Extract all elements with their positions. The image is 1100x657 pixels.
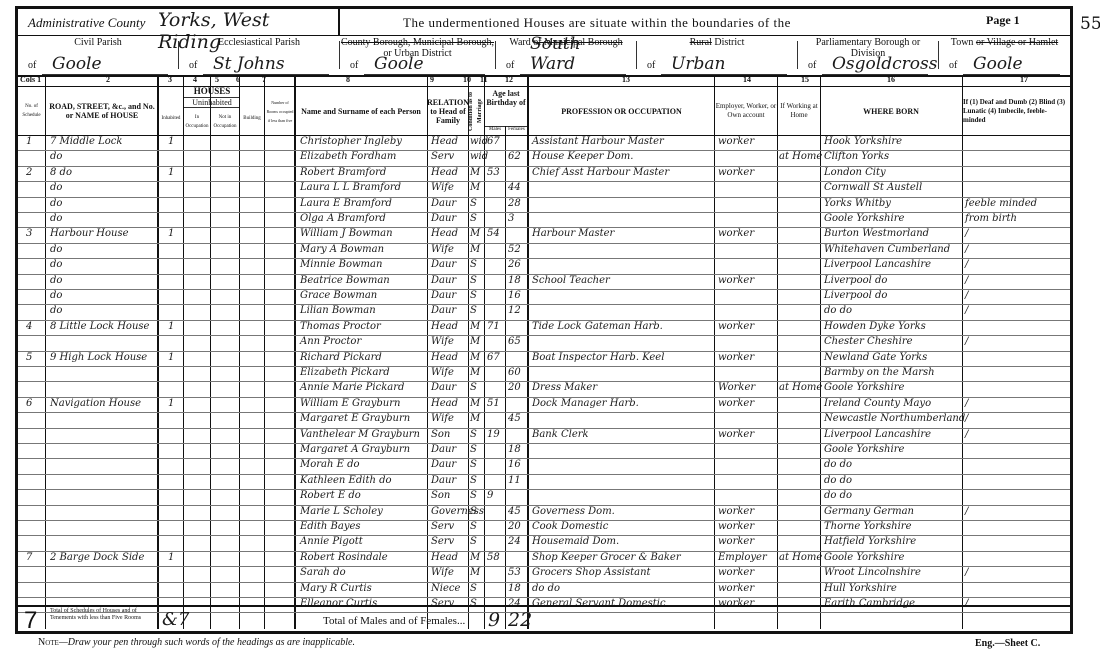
cell-infirm: feeble minded	[965, 198, 1037, 209]
cell-female: 24	[508, 536, 521, 547]
cell-rel: Daur	[431, 290, 456, 301]
col-num: 12	[505, 75, 513, 84]
cell-house: 9 High Lock House	[50, 352, 147, 363]
table-row: 59 High Lock House1Richard PickardHeadM6…	[18, 351, 1070, 367]
cell-name: Christopher Ingleby	[300, 136, 402, 147]
cell-born: Thorne Yorkshire	[824, 521, 912, 532]
ward-value: South Ward	[520, 34, 626, 75]
cell-rel: Head	[431, 167, 458, 178]
note-prefix: Note	[38, 637, 59, 648]
cell-emp: worker	[718, 536, 754, 547]
table-row: doMinnie BowmanDaurS26Liverpool Lancashi…	[18, 258, 1070, 274]
cell-emp: worker	[718, 228, 754, 239]
form-title-row: Administrative County Yorks, West Riding…	[18, 9, 1070, 36]
col-born-header: WHERE BORN	[821, 87, 961, 135]
cell-infirm: /	[965, 244, 968, 255]
cell-born: Whitehaven Cumberland	[824, 244, 950, 255]
cell-inhab: 1	[168, 136, 174, 147]
cell-house: do	[50, 244, 62, 255]
table-row: Annie PigottServS24Housemaid Dom.workerH…	[18, 535, 1070, 551]
cell-infirm: /	[965, 275, 968, 286]
cell-born: Clifton Yorks	[824, 151, 889, 162]
cell-male: 54	[487, 228, 500, 239]
cell-female: 45	[508, 413, 521, 424]
cell-emp: worker	[718, 321, 754, 332]
cell-born: Germany German	[824, 506, 914, 517]
cell-name: Robert Bramford	[300, 167, 386, 178]
cell-house: do	[50, 151, 62, 162]
cell-house: do	[50, 290, 62, 301]
struck-text: County Borough, Municipal Borough,	[341, 37, 494, 48]
cell-name: Annie Pigott	[300, 536, 363, 547]
col-num: 8	[346, 75, 350, 84]
cell-name: Mary R Curtis	[300, 583, 372, 594]
of-label: of	[808, 60, 816, 71]
cell-name: Laura L L Bramford	[300, 182, 401, 193]
cell-cond: M	[470, 398, 480, 409]
col-name-header: Name and Surname of each Person	[296, 87, 426, 135]
cell-born: Howden Dyke Yorks	[824, 321, 926, 332]
ward: Ward of Municipal Borough of South Ward	[496, 35, 636, 75]
col-num: 2	[106, 75, 110, 84]
cell-name: Marie L Scholey	[300, 506, 383, 517]
cell-emp: Worker	[718, 382, 755, 393]
town-label: Town or Village or Hamlet	[939, 37, 1070, 48]
cell-rel: Son	[431, 429, 450, 440]
rural-district-value: Urban	[661, 54, 787, 75]
table-row: Mary R CurtisNieceS18do doworkerHull Yor…	[18, 582, 1070, 598]
ecclesiastical-parish-value: St Johns	[203, 54, 329, 75]
cell-cond: M	[470, 336, 480, 347]
col-schedule-header: No. of Schedule	[18, 87, 45, 135]
cell-born: Goole Yorkshire	[824, 382, 904, 393]
cell-name: Annie Marie Pickard	[300, 382, 404, 393]
civil-parish: Civil Parish of Goole	[18, 35, 178, 75]
cell-born: Ireland County Mayo	[824, 398, 931, 409]
cell-cond: M	[470, 352, 480, 363]
table-row: doLaura L L BramfordWifeM44Cornwall St A…	[18, 181, 1070, 197]
cell-male: 67	[487, 352, 500, 363]
cell-born: do do	[824, 490, 852, 501]
footer-note: Note—Draw your pen through such words of…	[38, 637, 355, 648]
table-row: Marie L ScholeyGovernessS45Governess Dom…	[18, 505, 1070, 521]
cell-infirm: /	[965, 305, 968, 316]
cell-house: Harbour House	[50, 228, 129, 239]
table-row: Annie Marie PickardDaurS20Dress MakerWor…	[18, 381, 1070, 397]
table-row: doElizabeth FordhamServwid62House Keeper…	[18, 150, 1070, 166]
cell-cond: S	[470, 490, 477, 501]
col-inhabited-header: Inhabited	[159, 101, 183, 135]
cell-occ: Chief Asst Harbour Master	[532, 167, 669, 178]
cell-name: Minnie Bowman	[300, 259, 382, 270]
cell-house: 2 Barge Dock Side	[50, 552, 144, 563]
cell-infirm: /	[965, 336, 968, 347]
cell-name: Olga A Bramford	[300, 213, 386, 224]
col-females-header: Females	[506, 126, 527, 132]
cell-cond: S	[470, 583, 477, 594]
cell-occ: Dock Manager Harb.	[532, 398, 639, 409]
cell-inhab: 1	[168, 398, 174, 409]
cell-cond: S	[470, 198, 477, 209]
cell-rel: Wife	[431, 367, 454, 378]
houses-header: HOUSES	[160, 86, 264, 96]
cell-rel: Daur	[431, 275, 456, 286]
cell-house: do	[50, 182, 62, 193]
females-total: 22	[508, 609, 532, 631]
cell-rel: Serv	[431, 521, 454, 532]
table-row: Margaret A GrayburnDaurS18Goole Yorkshir…	[18, 443, 1070, 459]
cell-cond: S	[470, 429, 477, 440]
cell-infirm: /	[965, 506, 968, 517]
census-form: Administrative County Yorks, West Riding…	[15, 6, 1073, 634]
cell-rel: Serv	[431, 151, 454, 162]
cell-occ: Bank Clerk	[532, 429, 589, 440]
cell-female: 3	[508, 213, 514, 224]
town-value: Goole	[963, 54, 1060, 75]
rural-district-label: Rural District	[637, 37, 797, 48]
cell-cond: wid	[470, 136, 488, 147]
cell-rel: Wife	[431, 182, 454, 193]
cell-female: 62	[508, 151, 521, 162]
divisions-row: Civil Parish of Goole Ecclesiastical Par…	[18, 35, 1070, 77]
table-row: 28 do1Robert BramfordHeadM53Chief Asst H…	[18, 166, 1070, 182]
cell-name: Beatrice Bowman	[300, 275, 390, 286]
of-label: of	[350, 60, 358, 71]
cell-inhab: 1	[168, 167, 174, 178]
cell-house: do	[50, 198, 62, 209]
cell-occ: Shop Keeper Grocer & Baker	[532, 552, 681, 563]
col-num: 3	[168, 75, 172, 84]
cell-infirm: /	[965, 429, 968, 440]
cell-rel: Head	[431, 136, 458, 147]
struck-text: Rural	[690, 37, 712, 48]
cell-female: 20	[508, 382, 521, 393]
ecclesiastical-parish-label: Ecclesiastical Parish	[179, 37, 339, 48]
civil-parish-label: Civil Parish	[18, 37, 178, 48]
parliamentary-borough: Parliamentary Borough or Division of Osg…	[798, 35, 938, 75]
table-row: Sarah doWifeM53Grocers Shop Assistantwor…	[18, 566, 1070, 582]
parliamentary-borough-value: Osgoldcross	[822, 54, 928, 75]
of-label: of	[647, 60, 655, 71]
col-num: 15	[801, 75, 809, 84]
urban-district-value: Goole	[364, 54, 485, 75]
cell-rel: Son	[431, 490, 450, 501]
cell-cond: M	[470, 321, 480, 332]
cell-cond: wid	[470, 151, 488, 162]
table-row: 48 Little Lock House1Thomas ProctorHeadM…	[18, 320, 1070, 336]
col-num: 5	[215, 75, 219, 84]
cell-cond: M	[470, 552, 480, 563]
cell-name: Morah E do	[300, 459, 360, 470]
cell-cond: M	[470, 167, 480, 178]
cell-female: 12	[508, 305, 521, 316]
cell-cond: S	[470, 290, 477, 301]
kept-text: District	[714, 37, 744, 48]
table-row: Vanthelear M GrayburnSonS19Bank Clerkwor…	[18, 428, 1070, 444]
cell-sched: 2	[26, 167, 32, 178]
col-building-header: Building	[240, 101, 264, 135]
cell-sched: 1	[26, 136, 32, 147]
table-row: doMary A BowmanWifeM52Whitehaven Cumberl…	[18, 243, 1070, 259]
cell-name: Richard Pickard	[300, 352, 382, 363]
cell-male: 58	[487, 552, 500, 563]
cell-occ: Grocers Shop Assistant	[532, 567, 651, 578]
cell-name: Grace Bowman	[300, 290, 377, 301]
of-label: of	[28, 60, 36, 71]
cell-female: 60	[508, 367, 521, 378]
cell-born: Liverpool Lancashire	[824, 429, 931, 440]
cell-cond: S	[470, 259, 477, 270]
col-num: 14	[743, 75, 751, 84]
cell-house: do	[50, 213, 62, 224]
cell-house: do	[50, 275, 62, 286]
table-row: Ann ProctorWifeM65Chester Cheshire/	[18, 335, 1070, 351]
cell-name: Sarah do	[300, 567, 346, 578]
schedules-total: 7	[24, 607, 37, 635]
cell-emp: worker	[718, 429, 754, 440]
cell-rel: Daur	[431, 213, 456, 224]
cell-born: do do	[824, 475, 852, 486]
cell-emp: Employer	[718, 552, 767, 563]
cell-male: 19	[487, 429, 500, 440]
cell-occ: Governess Dom.	[532, 506, 615, 517]
cell-name: William J Bowman	[300, 228, 393, 239]
cell-home: at Home	[779, 151, 822, 162]
boundaries-text: The undermentioned Houses are situate wi…	[403, 15, 791, 31]
cell-name: William E Grayburn	[300, 398, 400, 409]
cell-house: Navigation House	[50, 398, 141, 409]
cell-born: Hook Yorkshire	[824, 136, 902, 147]
cell-cond: S	[470, 444, 477, 455]
page-label: Page 1	[986, 13, 1020, 28]
sheet-label: Eng.—Sheet C.	[975, 638, 1040, 649]
col-infirmity-header: If (1) Deaf and Dumb (2) Blind (3) Lunat…	[963, 87, 1068, 135]
cell-born: Newcastle Northumberland	[824, 413, 965, 424]
col-occupation-header: PROFESSION OR OCCUPATION	[529, 87, 714, 135]
struck-text: or Village or Hamlet	[976, 37, 1058, 48]
totals-row: 7 Total of Schedules of Houses and of Te…	[18, 605, 1070, 635]
col-employer-header: Employer, Worker, or Own account	[715, 87, 777, 135]
cell-female: 16	[508, 290, 521, 301]
table-row: doBeatrice BowmanDaurS18School Teacherwo…	[18, 274, 1070, 290]
cell-name: Elizabeth Fordham	[300, 151, 396, 162]
cell-emp: worker	[718, 583, 754, 594]
cell-infirm: /	[965, 567, 968, 578]
cell-born: Barmby on the Marsh	[824, 367, 935, 378]
cell-rel: Wife	[431, 413, 454, 424]
cell-occ: Housemaid Dom.	[532, 536, 619, 547]
table-row: Edith BayesServS20Cook DomesticworkerTho…	[18, 520, 1070, 536]
note-text: —Draw your pen through such words of the…	[59, 637, 355, 648]
cell-emp: worker	[718, 567, 754, 578]
cell-name: Robert E do	[300, 490, 361, 501]
houses-total: &7	[162, 609, 189, 630]
cell-female: 26	[508, 259, 521, 270]
table-row: doLaura E BramfordDaurS28Yorks Whitbyfee…	[18, 197, 1070, 213]
cell-home: at Home	[779, 382, 822, 393]
cell-emp: worker	[718, 136, 754, 147]
cell-house: 8 Little Lock House	[50, 321, 149, 332]
cell-infirm: /	[965, 413, 968, 424]
table-row: 3Harbour House1William J BowmanHeadM54Ha…	[18, 227, 1070, 243]
cell-cond: M	[470, 413, 480, 424]
cell-name: Thomas Proctor	[300, 321, 381, 332]
cell-rel: Daur	[431, 444, 456, 455]
uninhabited-header: Uninhabited	[184, 97, 240, 108]
cell-rel: Wife	[431, 567, 454, 578]
cell-male: 53	[487, 167, 500, 178]
cell-rel: Daur	[431, 475, 456, 486]
cell-occ: Boat Inspector Harb. Keel	[532, 352, 664, 363]
side-page-number: 55	[1080, 14, 1100, 34]
cell-emp: worker	[718, 398, 754, 409]
kept-text: Town	[951, 37, 974, 48]
cell-born: do do	[824, 305, 852, 316]
cell-cond: S	[470, 213, 477, 224]
cell-cond: S	[470, 275, 477, 286]
cell-house: 7 Middle Lock	[50, 136, 122, 147]
cell-name: Kathleen Edith do	[300, 475, 392, 486]
col-males-header: Males	[485, 126, 505, 132]
cell-infirm: /	[965, 228, 968, 239]
cell-cond: S	[470, 506, 477, 517]
males-total: 9	[488, 609, 500, 631]
table-row: Margaret E GrayburnWifeM45Newcastle Nort…	[18, 412, 1070, 428]
table-row: Robert E doSonS9do do	[18, 489, 1070, 505]
cell-female: 18	[508, 444, 521, 455]
cell-name: Robert Rosindale	[300, 552, 388, 563]
cell-name: Mary A Bowman	[300, 244, 384, 255]
cell-sched: 4	[26, 321, 32, 332]
cell-female: 28	[508, 198, 521, 209]
table-row: Morah E doDaurS16do do	[18, 458, 1070, 474]
cell-house: 8 do	[50, 167, 72, 178]
col-num: 9	[430, 75, 434, 84]
cell-rel: Head	[431, 552, 458, 563]
cell-born: Liverpool do	[824, 275, 887, 286]
cell-born: do do	[824, 459, 852, 470]
cell-cond: S	[470, 536, 477, 547]
rural-district: Rural District of Urban	[637, 35, 797, 75]
cell-occ: School Teacher	[532, 275, 610, 286]
cell-born: Chester Cheshire	[824, 336, 913, 347]
cell-female: 11	[508, 475, 521, 486]
cell-born: Liverpool Lancashire	[824, 259, 931, 270]
cell-occ: Harbour Master	[532, 228, 614, 239]
cell-female: 45	[508, 506, 521, 517]
cell-rel: Daur	[431, 198, 456, 209]
cell-born: Hull Yorkshire	[824, 583, 897, 594]
cell-sched: 6	[26, 398, 32, 409]
cell-born: Goole Yorkshire	[824, 552, 904, 563]
cell-born: Goole Yorkshire	[824, 444, 904, 455]
cell-female: 65	[508, 336, 521, 347]
cell-born: Burton Westmorland	[824, 228, 929, 239]
cell-rel: Serv	[431, 536, 454, 547]
cell-male: 9	[487, 490, 493, 501]
administrative-county: Administrative County Yorks, West Riding	[18, 9, 340, 35]
cell-name: Edith Bayes	[300, 521, 361, 532]
cell-born: Goole Yorkshire	[824, 213, 904, 224]
cell-inhab: 1	[168, 321, 174, 332]
table-row: doGrace BowmanDaurS16Liverpool do/	[18, 289, 1070, 305]
cell-inhab: 1	[168, 228, 174, 239]
cell-home: at Home	[779, 552, 822, 563]
cell-rel: Head	[431, 398, 458, 409]
col-num: Cols 1	[20, 75, 41, 84]
col-home-header: If Working at Home	[778, 87, 820, 135]
cell-cond: S	[470, 305, 477, 316]
cell-rel: Daur	[431, 459, 456, 470]
cell-emp: worker	[718, 506, 754, 517]
cell-female: 20	[508, 521, 521, 532]
column-header: Cols 1 2 3 4 5 6 7 8 9 10 11 12 13 14 15…	[18, 75, 1070, 136]
cell-rel: Head	[431, 321, 458, 332]
cell-emp: worker	[718, 352, 754, 363]
col-num: 4	[193, 75, 197, 84]
cell-sched: 5	[26, 352, 32, 363]
cell-cond: M	[470, 182, 480, 193]
col-in-occupation-header: In Occupation	[184, 109, 210, 135]
of-label: of	[189, 60, 197, 71]
cell-born: Wroot Lincolnshire	[824, 567, 921, 578]
cell-cond: S	[470, 459, 477, 470]
urban-district: County Borough, Municipal Borough, or Ur…	[340, 35, 495, 75]
cell-name: Margaret A Grayburn	[300, 444, 410, 455]
of-label: of	[506, 60, 514, 71]
age-header: Age last Birthday of	[485, 89, 527, 107]
col-num: 17	[1020, 75, 1028, 84]
cell-cond: M	[470, 567, 480, 578]
cell-cond: S	[470, 382, 477, 393]
col-num: 10	[463, 75, 471, 84]
cell-female: 16	[508, 459, 521, 470]
col-house-header: ROAD, STREET, &c., and No. or NAME of HO…	[47, 87, 157, 135]
cell-born: Newland Gate Yorks	[824, 352, 927, 363]
cell-born: Liverpool do	[824, 290, 887, 301]
cell-rel: Head	[431, 228, 458, 239]
cell-name: Vanthelear M Grayburn	[300, 429, 420, 440]
cell-emp: worker	[718, 167, 754, 178]
cell-born: Yorks Whitby	[824, 198, 891, 209]
cell-female: 18	[508, 583, 521, 594]
table-row: 17 Middle Lock1Christopher InglebyHeadwi…	[18, 135, 1070, 151]
administrative-county-label: Administrative County	[28, 15, 145, 31]
col-condition-header: Condition as to Marriage	[469, 87, 483, 135]
table-row: doLilian BowmanDaurS12do do/	[18, 304, 1070, 320]
cell-male: 71	[487, 321, 500, 332]
cell-sched: 3	[26, 228, 32, 239]
cell-female: 52	[508, 244, 521, 255]
cell-rel: Daur	[431, 305, 456, 316]
cell-occ: Tide Lock Gateman Harb.	[532, 321, 663, 332]
cell-born: Hatfield Yorkshire	[824, 536, 916, 547]
cell-cond: M	[470, 228, 480, 239]
cell-infirm: from birth	[965, 213, 1017, 224]
table-row: 72 Barge Dock Side1Robert RosindaleHeadM…	[18, 551, 1070, 567]
cell-name: Lilian Bowman	[300, 305, 376, 316]
cell-emp: worker	[718, 275, 754, 286]
cell-rel: Wife	[431, 244, 454, 255]
schedules-total-label: Total of Schedules of Houses and of Tene…	[50, 608, 154, 621]
cell-rel: Daur	[431, 259, 456, 270]
cell-infirm: /	[965, 259, 968, 270]
cell-female: 18	[508, 275, 521, 286]
ecclesiastical-parish: Ecclesiastical Parish of St Johns	[179, 35, 339, 75]
cell-house: do	[50, 305, 62, 316]
table-row: Kathleen Edith doDaurS11do do	[18, 474, 1070, 490]
col-not-occupation-header: Not in Occupation	[211, 109, 239, 135]
